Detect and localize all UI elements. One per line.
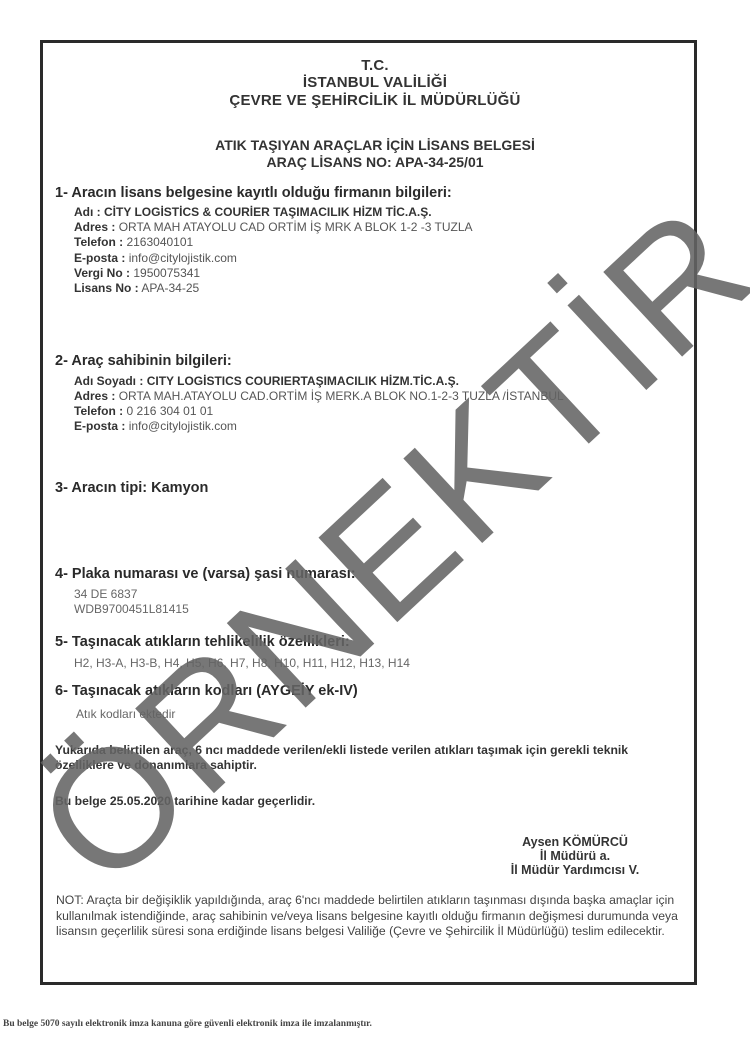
field-label: Lisans No : (74, 281, 139, 295)
field-label: Telefon : (74, 235, 123, 249)
section3-heading: 3- Aracın tipi: Kamyon (55, 480, 208, 496)
header-tc: T.C. (0, 57, 750, 74)
field-label: Adı : (74, 205, 101, 219)
waste-codes-note: Atık kodları ektedir (76, 707, 175, 721)
field-owner-name: Adı Soyadı : CITY LOGİSTICS COURIERTAŞIM… (74, 374, 459, 388)
license-number: ARAÇ LİSANS NO: APA-34-25/01 (0, 154, 750, 170)
hazard-properties: H2, H3-A, H3-B, H4, H5, H6, H7, H8, H10,… (74, 656, 410, 670)
field-label: E-posta : (74, 419, 125, 433)
header-mudurluk: ÇEVRE VE ŞEHİRCİLİK İL MÜDÜRLÜĞÜ (0, 92, 750, 109)
plate-number: 34 DE 6837 (74, 587, 137, 601)
section5-heading: 5- Taşınacak atıkların tehlikelilik özel… (55, 634, 350, 650)
field-value: ORTA MAH ATAYOLU CAD ORTİM İŞ MRK A BLOK… (119, 220, 473, 234)
validity-statement: Bu belge 25.05.2020 tarihine kadar geçer… (55, 794, 315, 809)
field-license-number: Lisans No : APA-34-25 (74, 281, 199, 295)
field-label: Telefon : (74, 404, 123, 418)
section2-heading: 2- Araç sahibinin bilgileri: (55, 353, 232, 369)
field-owner-phone: Telefon : 0 216 304 01 01 (74, 404, 213, 418)
e-signature-footer: Bu belge 5070 sayılı elektronik imza kan… (3, 1019, 372, 1029)
document-title: ATIK TAŞIYAN ARAÇLAR İÇİN LİSANS BELGESİ (0, 137, 750, 153)
field-label: Adı Soyadı : (74, 374, 143, 388)
field-label: Vergi No : (74, 266, 130, 280)
field-phone: Telefon : 2163040101 (74, 235, 193, 249)
field-value: CITY LOGİSTICS COURIERTAŞIMACILIK HİZM.T… (147, 374, 459, 388)
signatory-name: Aysen KÖMÜRCÜ (505, 835, 645, 849)
field-value: 1950075341 (133, 266, 200, 280)
field-label: E-posta : (74, 251, 125, 265)
field-address: Adres : ORTA MAH ATAYOLU CAD ORTİM İŞ MR… (74, 220, 473, 234)
field-value: ORTA MAH.ATAYOLU CAD.ORTİM İŞ MERK.A BLO… (119, 389, 564, 403)
signatory-title-1: İl Müdürü a. (505, 849, 645, 863)
signatory-title-2: İl Müdür Yardımcısı V. (505, 863, 645, 877)
field-owner-address: Adres : ORTA MAH.ATAYOLU CAD.ORTİM İŞ ME… (74, 389, 564, 403)
chassis-number: WDB9700451L81415 (74, 602, 189, 616)
field-tax-number: Vergi No : 1950075341 (74, 266, 200, 280)
field-label: Adres : (74, 389, 115, 403)
section4-heading: 4- Plaka numarası ve (varsa) şasi numara… (55, 566, 356, 582)
field-owner-email: E-posta : info@citylojistik.com (74, 419, 237, 433)
section6-heading: 6- Taşınacak atıkların kodları (AYGEİY e… (55, 683, 358, 699)
header-valilik: İSTANBUL VALİLİĞİ (0, 74, 750, 91)
signature-block: Aysen KÖMÜRCÜ İl Müdürü a. İl Müdür Yard… (505, 835, 645, 877)
field-email: E-posta : info@citylojistik.com (74, 251, 237, 265)
field-value: info@citylojistik.com (129, 251, 237, 265)
field-value: CİTY LOGİSTİCS & COURİER TAŞIMACILIK HİZ… (104, 205, 432, 219)
field-label: Adres : (74, 220, 115, 234)
field-value: 2163040101 (126, 235, 193, 249)
field-value: info@citylojistik.com (129, 419, 237, 433)
section1-heading: 1- Aracın lisans belgesine kayıtlı olduğ… (55, 185, 452, 201)
field-value: 0 216 304 01 01 (126, 404, 213, 418)
field-value: APA-34-25 (141, 281, 199, 295)
field-company-name: Adı : CİTY LOGİSTİCS & COURİER TAŞIMACIL… (74, 205, 432, 219)
note-paragraph: NOT: Araçta bir değişiklik yapıldığında,… (56, 893, 686, 940)
compliance-statement: Yukarıda belirtilen araç, 6 ncı maddede … (55, 743, 685, 773)
